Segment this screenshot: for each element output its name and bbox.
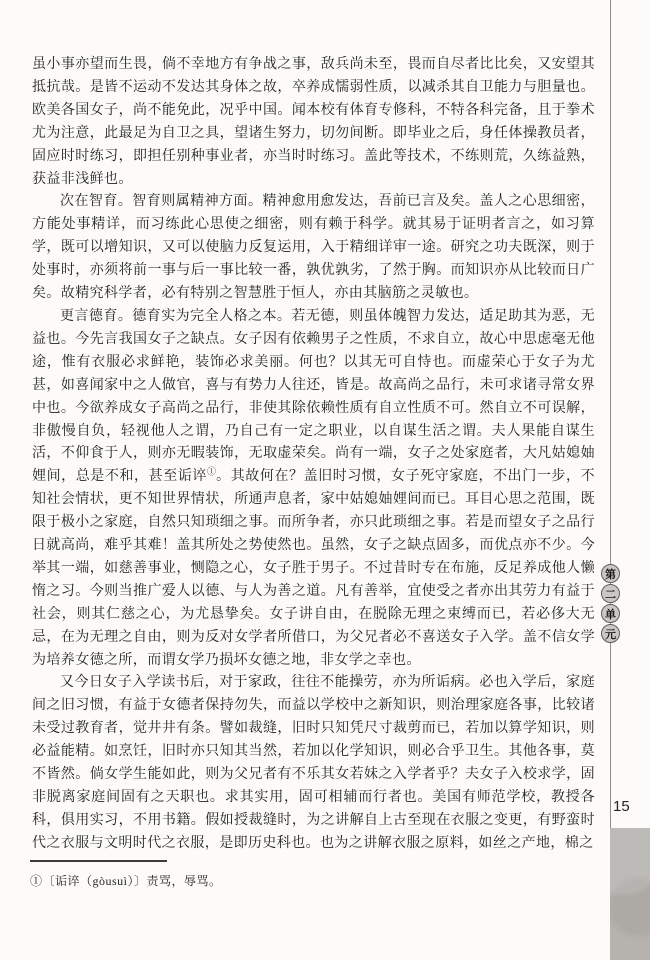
body-text-column: 虽小事亦望而生畏，倘不幸地方有争战之事，敌兵尚未至，畏而自尽者比比矣，又安望其抵…	[32, 54, 595, 856]
unit-tab: 第 二 单 元	[601, 564, 620, 643]
unit-tab-char-4: 元	[601, 624, 620, 643]
paragraph-4: 又今日女子入学读书后，对于家政，往往不能操劳，亦为所诟病。必也入学后，家庭间之旧…	[32, 672, 595, 855]
paragraph-2: 次在智育。智育则属精神方面。精神愈用愈发达，吾前已言及矣。盖人之心思细密，方能处…	[32, 191, 595, 306]
paragraph-3-text-b: 。其故何在？盖旧时习惯，女子死守家庭，不出门一步，不知社会情状，更不知世界情状，…	[32, 469, 595, 667]
footnote-divider	[30, 860, 167, 862]
footnote-term: 〔诟谇（gòusuì）〕	[43, 874, 147, 888]
footnote: ①〔诟谇（gòusuì）〕责骂，辱骂。	[30, 872, 550, 889]
paragraph-3-text-a: 更言德育。德育实为完全人格之本。若无德，则虽体魄智力发达，适足助其为恶，无益也。…	[32, 309, 595, 484]
unit-tab-char-2: 二	[601, 584, 620, 603]
book-page: 虽小事亦望而生畏，倘不幸地方有争战之事，敌兵尚未至，畏而自尽者比比矣，又安望其抵…	[0, 0, 650, 960]
footnote-definition: 责骂，辱骂。	[147, 874, 222, 888]
paragraph-1: 虽小事亦望而生畏，倘不幸地方有争战之事，敌兵尚未至，畏而自尽者比比矣，又安望其抵…	[32, 54, 595, 191]
unit-tab-char-1: 第	[601, 564, 620, 583]
page-number: 15	[613, 798, 630, 815]
footnote-reference-mark: ①	[207, 467, 216, 477]
corner-bleed-block	[610, 828, 650, 960]
paragraph-3: 更言德育。德育实为完全人格之本。若无德，则虽体魄智力发达，适足助其为恶，无益也。…	[32, 306, 595, 673]
footnote-marker: ①	[30, 874, 43, 888]
unit-tab-char-3: 单	[601, 604, 620, 623]
right-margin-rule	[610, 0, 611, 960]
